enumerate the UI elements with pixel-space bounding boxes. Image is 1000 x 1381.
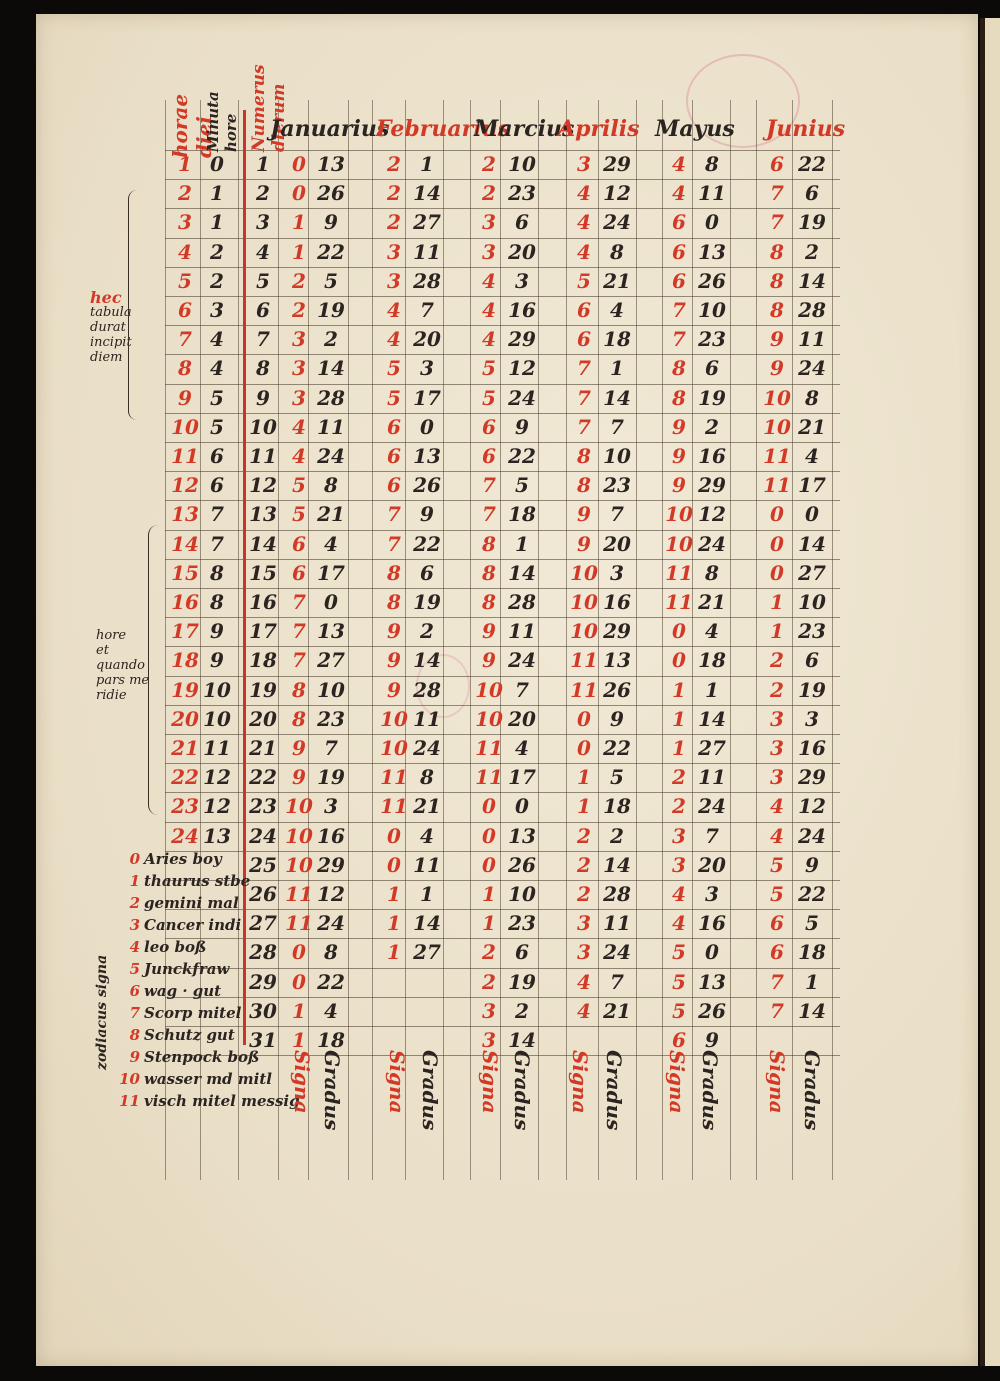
cell-signum: 2: [472, 968, 506, 996]
cell-signum: 10: [282, 792, 316, 820]
cell-signum: 6: [662, 238, 696, 266]
cell-gradus: 26: [695, 267, 729, 295]
cell-signum: 11: [662, 588, 696, 616]
cell-gradus: 11: [795, 325, 829, 353]
cell-gradus: 13: [695, 968, 729, 996]
cell-signum: 9: [282, 763, 316, 791]
legend-side-label: zodiacus signa: [94, 900, 110, 1070]
cell-signum: 4: [567, 238, 601, 266]
legend-item: 9Stenpock boß: [118, 1046, 259, 1068]
cell-d: 17: [246, 617, 280, 645]
legend-number: 2: [118, 892, 140, 914]
cell-signum: 3: [377, 267, 411, 295]
month-header-may: Mayus: [655, 116, 735, 142]
cell-d: 21: [246, 734, 280, 762]
cell-m: 10: [200, 676, 234, 704]
legend-number: 7: [118, 1002, 140, 1024]
cell-gradus: 23: [695, 325, 729, 353]
cell-h: 12: [168, 471, 202, 499]
cell-gradus: 6: [505, 208, 539, 236]
cell-d: 12: [246, 471, 280, 499]
cell-gradus: 26: [600, 676, 634, 704]
cell-gradus: 2: [314, 325, 348, 353]
cell-signum: 6: [472, 442, 506, 470]
cell-gradus: 19: [795, 676, 829, 704]
grid-line: [165, 1055, 840, 1056]
cell-signum: 10: [377, 734, 411, 762]
cell-signum: 4: [567, 968, 601, 996]
cell-gradus: 26: [410, 471, 444, 499]
cell-signum: 7: [282, 646, 316, 674]
cell-gradus: 14: [600, 384, 634, 412]
cell-signum: 6: [662, 208, 696, 236]
cell-gradus: 24: [505, 646, 539, 674]
cell-signum: 5: [282, 471, 316, 499]
cell-signum: 7: [377, 500, 411, 528]
cell-signum: 1: [760, 588, 794, 616]
cell-d: 26: [246, 880, 280, 908]
cell-h: 15: [168, 559, 202, 587]
cell-signum: 3: [282, 325, 316, 353]
cell-d: 19: [246, 676, 280, 704]
cell-h: 18: [168, 646, 202, 674]
cell-gradus: 9: [795, 851, 829, 879]
cell-gradus: 24: [695, 530, 729, 558]
cell-signum: 6: [760, 938, 794, 966]
cell-signum: 6: [282, 559, 316, 587]
legend-text: Stenpock boß: [144, 1048, 259, 1066]
legend-text: gemini mal: [144, 894, 239, 912]
cell-gradus: 7: [600, 968, 634, 996]
cell-gradus: 22: [600, 734, 634, 762]
legend-text: visch mitel messig: [144, 1092, 300, 1110]
cell-d: 6: [246, 296, 280, 324]
cell-gradus: 29: [600, 617, 634, 645]
header-minuta: Minuta hore: [204, 48, 240, 152]
cell-gradus: 12: [505, 354, 539, 382]
cell-signum: 11: [760, 442, 794, 470]
cell-signum: 5: [760, 880, 794, 908]
cell-gradus: 20: [505, 705, 539, 733]
cell-gradus: 5: [505, 471, 539, 499]
cell-signum: 2: [567, 880, 601, 908]
cell-signum: 8: [282, 676, 316, 704]
cell-signum: 0: [567, 734, 601, 762]
cell-signum: 2: [377, 179, 411, 207]
cell-signum: 4: [567, 179, 601, 207]
cell-signum: 3: [662, 822, 696, 850]
cell-gradus: 17: [505, 763, 539, 791]
cell-gradus: 3: [795, 705, 829, 733]
cell-m: 2: [200, 238, 234, 266]
cell-gradus: 6: [795, 179, 829, 207]
cell-gradus: 7: [410, 296, 444, 324]
cell-gradus: 1: [795, 968, 829, 996]
cell-signum: 4: [760, 792, 794, 820]
cell-signum: 9: [662, 413, 696, 441]
cell-signum: 7: [567, 354, 601, 382]
footer-signa-label: Signa: [568, 1050, 592, 1160]
legend-item: 8Schutz gut: [118, 1024, 235, 1046]
cell-gradus: 13: [505, 822, 539, 850]
cell-signum: 4: [662, 179, 696, 207]
cell-signum: 5: [662, 938, 696, 966]
cell-signum: 8: [567, 442, 601, 470]
cell-signum: 3: [282, 384, 316, 412]
cell-signum: 4: [662, 150, 696, 178]
cell-signum: 3: [760, 705, 794, 733]
cell-gradus: 7: [600, 500, 634, 528]
month-header-january: Januarius: [270, 116, 389, 142]
cell-d: 10: [246, 413, 280, 441]
cell-signum: 4: [662, 880, 696, 908]
cell-h: 11: [168, 442, 202, 470]
note-line: tabula: [90, 305, 150, 320]
footer-signa-label: Signa: [385, 1050, 409, 1160]
legend-text: leo boß: [144, 938, 206, 956]
cell-gradus: 2: [695, 413, 729, 441]
cell-gradus: 12: [600, 179, 634, 207]
cell-m: 10: [200, 705, 234, 733]
cell-signum: 3: [567, 150, 601, 178]
cell-gradus: 5: [314, 267, 348, 295]
legend-number: 11: [118, 1090, 140, 1112]
legend-number: 10: [118, 1068, 140, 1090]
cell-signum: 0: [662, 617, 696, 645]
cell-h: 7: [168, 325, 202, 353]
cell-gradus: 14: [410, 909, 444, 937]
cell-signum: 0: [377, 822, 411, 850]
grid-line: [348, 100, 349, 1180]
legend-number: 1: [118, 870, 140, 892]
cell-signum: 11: [567, 676, 601, 704]
cell-signum: 0: [282, 179, 316, 207]
cell-gradus: 7: [600, 413, 634, 441]
cell-gradus: 10: [505, 880, 539, 908]
cell-h: 10: [168, 413, 202, 441]
cell-signum: 11: [377, 792, 411, 820]
cell-gradus: 21: [410, 792, 444, 820]
cell-signum: 9: [662, 471, 696, 499]
cell-h: 14: [168, 530, 202, 558]
cell-gradus: 2: [600, 822, 634, 850]
cell-gradus: 22: [795, 150, 829, 178]
cell-gradus: 22: [314, 238, 348, 266]
cell-signum: 1: [760, 617, 794, 645]
cell-gradus: 8: [695, 150, 729, 178]
cell-signum: 2: [282, 267, 316, 295]
cell-gradus: 1: [600, 354, 634, 382]
cell-signum: 1: [472, 909, 506, 937]
cell-gradus: 17: [795, 471, 829, 499]
cell-d: 3: [246, 208, 280, 236]
legend-text: Junckfraw: [144, 960, 229, 978]
cell-gradus: 27: [314, 646, 348, 674]
cell-signum: 8: [472, 588, 506, 616]
cell-h: 20: [168, 705, 202, 733]
cell-gradus: 23: [314, 705, 348, 733]
cell-signum: 1: [377, 909, 411, 937]
cell-signum: 5: [760, 851, 794, 879]
cell-gradus: 16: [314, 822, 348, 850]
cell-signum: 0: [282, 150, 316, 178]
cell-gradus: 9: [410, 500, 444, 528]
legend-item: 11visch mitel messig: [118, 1090, 300, 1112]
cell-gradus: 11: [314, 413, 348, 441]
cell-signum: 11: [377, 763, 411, 791]
month-header-april: Aprilis: [558, 116, 640, 142]
cell-signum: 10: [760, 384, 794, 412]
cell-signum: 2: [472, 150, 506, 178]
cell-gradus: 22: [505, 442, 539, 470]
cell-gradus: 3: [410, 354, 444, 382]
cell-gradus: 29: [695, 471, 729, 499]
cell-gradus: 18: [795, 938, 829, 966]
cell-signum: 8: [472, 559, 506, 587]
legend-number: 6: [118, 980, 140, 1002]
cell-signum: 6: [377, 471, 411, 499]
cell-signum: 5: [662, 997, 696, 1025]
footer-signa-label: Signa: [478, 1050, 502, 1160]
cell-signum: 4: [472, 325, 506, 353]
cell-signum: 8: [472, 530, 506, 558]
cell-signum: 7: [472, 500, 506, 528]
cell-gradus: 4: [410, 822, 444, 850]
cell-signum: 7: [567, 413, 601, 441]
legend-item: 4leo boß: [118, 936, 206, 958]
cell-signum: 3: [472, 208, 506, 236]
cell-gradus: 22: [314, 968, 348, 996]
cell-gradus: 19: [410, 588, 444, 616]
cell-gradus: 6: [505, 938, 539, 966]
cell-gradus: 24: [314, 909, 348, 937]
cell-signum: 4: [662, 909, 696, 937]
cell-signum: 9: [567, 500, 601, 528]
cell-signum: 3: [567, 909, 601, 937]
cell-gradus: 24: [795, 822, 829, 850]
cell-signum: 10: [567, 588, 601, 616]
cell-d: 22: [246, 763, 280, 791]
cell-gradus: 19: [314, 763, 348, 791]
cell-gradus: 22: [410, 530, 444, 558]
cell-d: 9: [246, 384, 280, 412]
legend-item: 5Junckfraw: [118, 958, 229, 980]
cell-gradus: 6: [410, 559, 444, 587]
cell-signum: 6: [760, 150, 794, 178]
cell-gradus: 3: [314, 792, 348, 820]
cell-d: 16: [246, 588, 280, 616]
cell-signum: 5: [472, 354, 506, 382]
cell-signum: 7: [282, 588, 316, 616]
cell-gradus: 27: [695, 734, 729, 762]
cell-signum: 9: [472, 646, 506, 674]
cell-signum: 6: [567, 296, 601, 324]
cell-signum: 0: [760, 559, 794, 587]
cell-m: 12: [200, 792, 234, 820]
cell-gradus: 16: [795, 734, 829, 762]
cell-signum: 11: [567, 646, 601, 674]
cell-gradus: 16: [600, 588, 634, 616]
cell-gradus: 5: [600, 763, 634, 791]
cell-gradus: 1: [505, 530, 539, 558]
cell-gradus: 14: [505, 559, 539, 587]
cell-gradus: [410, 997, 444, 1025]
cell-gradus: 26: [314, 179, 348, 207]
cell-signum: 11: [662, 559, 696, 587]
cell-m: 7: [200, 500, 234, 528]
cell-signum: 4: [377, 296, 411, 324]
cell-m: 13: [200, 822, 234, 850]
cell-m: 1: [200, 179, 234, 207]
cell-gradus: 29: [600, 150, 634, 178]
cell-gradus: 0: [505, 792, 539, 820]
cell-signum: 6: [377, 442, 411, 470]
cell-signum: 1: [472, 880, 506, 908]
cell-d: 18: [246, 646, 280, 674]
cell-signum: 9: [567, 530, 601, 558]
cell-gradus: 0: [695, 208, 729, 236]
cell-gradus: 12: [795, 792, 829, 820]
cell-m: 4: [200, 354, 234, 382]
cell-m: 6: [200, 442, 234, 470]
cell-gradus: 7: [695, 822, 729, 850]
cell-gradus: 13: [600, 646, 634, 674]
cell-signum: 9: [760, 325, 794, 353]
cell-gradus: 12: [695, 500, 729, 528]
month-header-june: Junius: [766, 116, 845, 142]
footer-gradus-label: Gradus: [698, 1050, 722, 1160]
legend-item: 2gemini mal: [118, 892, 239, 914]
cell-signum: 5: [377, 384, 411, 412]
cell-signum: 7: [760, 968, 794, 996]
legend-number: 3: [118, 914, 140, 936]
cell-signum: 7: [567, 384, 601, 412]
cell-gradus: 18: [505, 500, 539, 528]
cell-gradus: 20: [505, 238, 539, 266]
cell-gradus: 8: [795, 384, 829, 412]
cell-gradus: 20: [695, 851, 729, 879]
cell-d: 4: [246, 238, 280, 266]
legend-number: 9: [118, 1046, 140, 1068]
brace: [128, 190, 137, 420]
cell-gradus: 4: [314, 997, 348, 1025]
cell-h: 6: [168, 296, 202, 324]
legend-text: thaurus stbe: [144, 872, 250, 890]
cell-d: 20: [246, 705, 280, 733]
cell-signum: 4: [567, 208, 601, 236]
grid-line: [470, 100, 471, 1180]
cell-gradus: 28: [314, 384, 348, 412]
cell-signum: 10: [282, 822, 316, 850]
cell-gradus: 16: [695, 442, 729, 470]
cell-gradus: 0: [795, 500, 829, 528]
cell-signum: 9: [282, 734, 316, 762]
cell-signum: 6: [472, 413, 506, 441]
cell-signum: 2: [760, 646, 794, 674]
cell-gradus: 21: [600, 997, 634, 1025]
cell-signum: 7: [760, 208, 794, 236]
cell-signum: 10: [472, 676, 506, 704]
cell-gradus: 3: [695, 880, 729, 908]
cell-signum: 1: [377, 880, 411, 908]
cell-signum: 8: [760, 296, 794, 324]
cell-gradus: 6: [795, 646, 829, 674]
cell-signum: 9: [472, 617, 506, 645]
cell-gradus: 26: [505, 851, 539, 879]
legend-item: 3Cancer indi: [118, 914, 241, 936]
cell-gradus: 2: [795, 238, 829, 266]
cell-gradus: 9: [314, 208, 348, 236]
cell-signum: 8: [760, 238, 794, 266]
cell-signum: 1: [282, 238, 316, 266]
note-line: diem: [90, 350, 150, 365]
cell-signum: 6: [282, 530, 316, 558]
cell-gradus: 14: [410, 179, 444, 207]
cell-gradus: [410, 968, 444, 996]
cell-gradus: 10: [795, 588, 829, 616]
cell-signum: 5: [472, 384, 506, 412]
cell-gradus: 8: [314, 938, 348, 966]
cell-d: 8: [246, 354, 280, 382]
cell-gradus: 24: [410, 734, 444, 762]
cell-signum: 3: [472, 997, 506, 1025]
cell-signum: 10: [282, 851, 316, 879]
cell-gradus: 11: [695, 763, 729, 791]
cell-signum: 2: [472, 179, 506, 207]
cell-signum: 0: [282, 938, 316, 966]
cell-signum: 2: [662, 792, 696, 820]
cell-signum: 3: [662, 851, 696, 879]
cell-signum: 0: [377, 851, 411, 879]
cell-gradus: 19: [795, 208, 829, 236]
cell-gradus: 1: [410, 150, 444, 178]
cell-signum: 2: [760, 676, 794, 704]
cell-signum: 2: [377, 208, 411, 236]
cell-gradus: 13: [410, 442, 444, 470]
cell-signum: 7: [662, 325, 696, 353]
grid-line: [372, 100, 373, 1180]
footer-gradus-label: Gradus: [510, 1050, 534, 1160]
cell-m: 5: [200, 384, 234, 412]
cell-d: 14: [246, 530, 280, 558]
cell-d: 29: [246, 968, 280, 996]
cell-signum: 10: [662, 500, 696, 528]
cell-gradus: 24: [795, 354, 829, 382]
cell-signum: 0: [662, 646, 696, 674]
cell-gradus: 4: [695, 617, 729, 645]
cell-d: 5: [246, 267, 280, 295]
cell-m: 9: [200, 617, 234, 645]
cell-gradus: 11: [695, 179, 729, 207]
cell-gradus: 29: [314, 851, 348, 879]
cell-gradus: 10: [314, 676, 348, 704]
cell-signum: 8: [282, 705, 316, 733]
cell-gradus: 14: [410, 646, 444, 674]
cell-m: 8: [200, 559, 234, 587]
cell-gradus: 13: [314, 150, 348, 178]
cell-signum: 0: [472, 851, 506, 879]
legend-text: wag · gut: [144, 982, 221, 1000]
footer-signa-label: Signa: [665, 1050, 689, 1160]
cell-signum: 8: [377, 588, 411, 616]
cell-d: 13: [246, 500, 280, 528]
cell-gradus: 11: [600, 909, 634, 937]
cell-gradus: 11: [410, 238, 444, 266]
cell-gradus: 4: [600, 296, 634, 324]
cell-signum: 1: [282, 208, 316, 236]
cell-h: 24: [168, 822, 202, 850]
cell-gradus: 13: [695, 238, 729, 266]
